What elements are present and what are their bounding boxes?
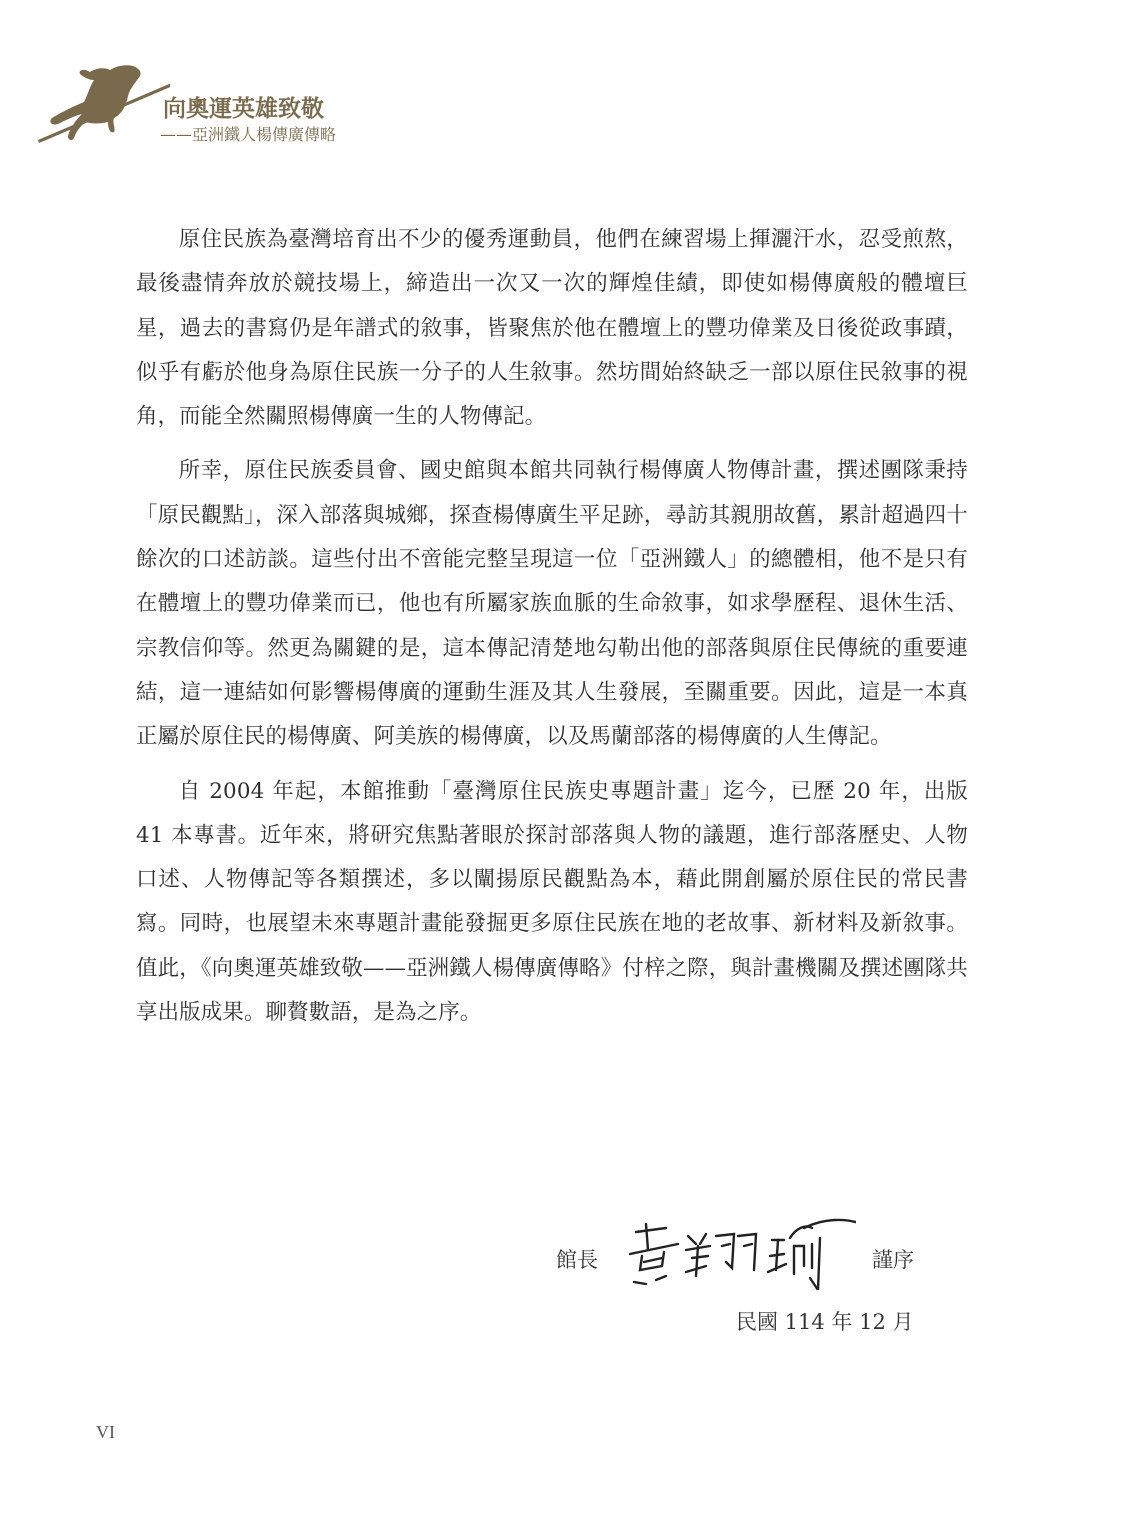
pole-vaulter-silhouette-icon [30, 62, 170, 152]
paragraph: 所幸，原住民族委員會、國史館與本館共同執行楊傳廣人物傳計畫，撰述團隊秉持「原民觀… [136, 449, 968, 759]
paragraph: 自 2004 年起，本館推動「臺灣原住民族史專題計畫」迄今，已歷 20 年，出版… [136, 770, 968, 1036]
signature-date: 民國 114 年 12 月 [736, 1306, 914, 1336]
book-title: 向奧運英雄致敬 [163, 90, 324, 123]
preface-body: 原住民族為臺灣培育出不少的優秀運動員，他們在練習場上揮灑汗水，忍受煎熬，最後盡情… [136, 218, 968, 1035]
closing-remark: 謹序 [872, 1244, 914, 1274]
paragraph: 原住民族為臺灣培育出不少的優秀運動員，他們在練習場上揮灑汗水，忍受煎熬，最後盡情… [136, 218, 968, 439]
signer-title: 館長 [556, 1244, 598, 1274]
page-number: VI [96, 1422, 115, 1443]
signature-block: 館長 謹序 [556, 1210, 926, 1290]
book-subtitle: ——亞洲鐵人楊傳廣傳略 [160, 122, 336, 145]
handwritten-signature-icon [626, 1210, 856, 1290]
running-header: 向奧運英雄致敬 ——亞洲鐵人楊傳廣傳略 [30, 62, 430, 152]
